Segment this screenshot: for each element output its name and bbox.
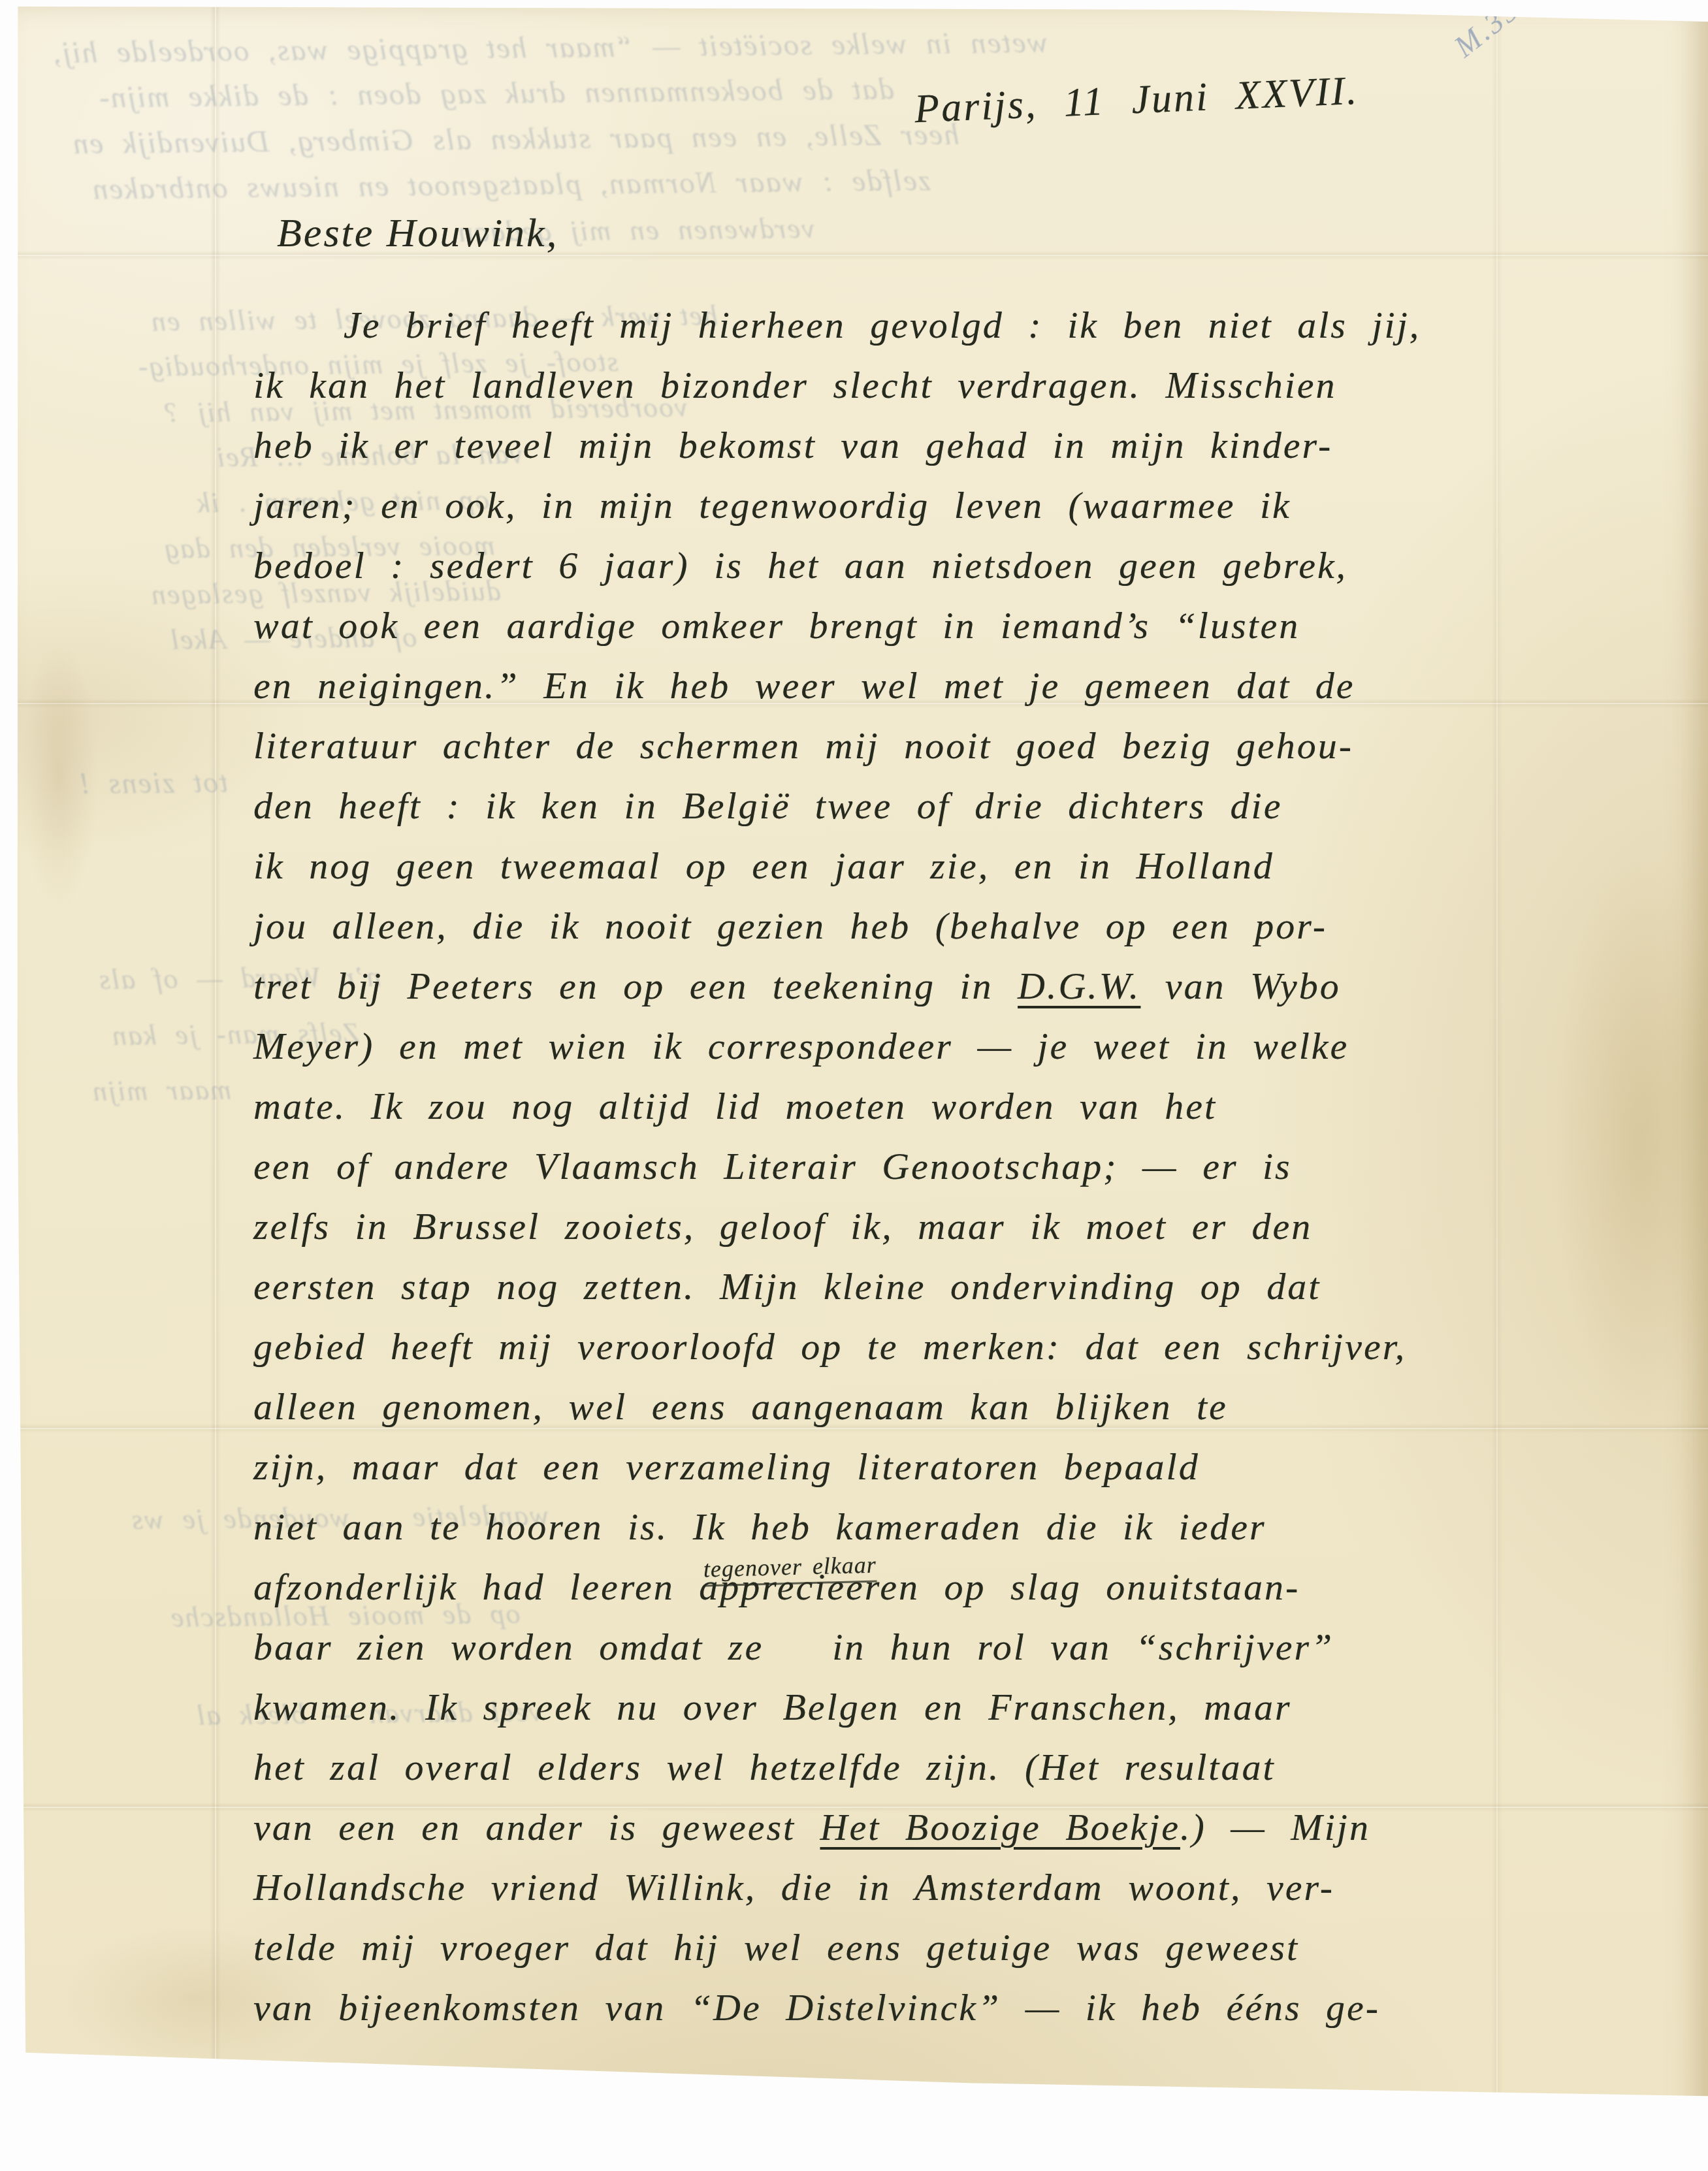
letter-line: jou alleen, die ik nooit gezien heb (beh… bbox=[253, 896, 1612, 956]
letter-line: heb ik er teveel mijn bekomst van gehad … bbox=[253, 415, 1612, 475]
letter-line: ik kan het landleven bizonder slecht ver… bbox=[253, 355, 1612, 415]
salutation: Beste Houwink, bbox=[277, 210, 558, 257]
bleedthrough-text: zelfde : waar Norman, plaatsgenoot en ni… bbox=[91, 163, 931, 206]
bleedthrough-text: dat de boekenmannen druk zag doen : de d… bbox=[98, 72, 895, 116]
letter-line: telde mij vroeger dat hij wel eens getui… bbox=[253, 1918, 1612, 1978]
letter-line: bedoel : sedert 6 jaar) is het aan niets… bbox=[253, 536, 1612, 596]
letter-line: een of andere Vlaamsch Literair Genootsc… bbox=[253, 1136, 1612, 1197]
underlined-phrase: D.G.W. bbox=[1018, 965, 1140, 1007]
letter-line: zijn, maar dat een verzameling literator… bbox=[253, 1437, 1612, 1497]
letter-line: wat ook een aardige omkeer brengt in iem… bbox=[253, 596, 1612, 656]
bleedthrough-text: maar mijn bbox=[91, 1073, 232, 1108]
letter-body: Je brief heeft mij hierheen gevolgd : ik… bbox=[253, 295, 1612, 2038]
letter-line: kwamen. Ik spreek nu over Belgen en Fran… bbox=[253, 1677, 1612, 1737]
letter-line: alleen genomen, wel eens aangenaam kan b… bbox=[253, 1377, 1612, 1437]
underlined-phrase: Het Boozige Boekje bbox=[820, 1806, 1180, 1848]
letter-line: het zal overal elders wel hetzelfde zijn… bbox=[253, 1737, 1612, 1797]
letter-line: Hollandsche vriend Willink, die in Amste… bbox=[253, 1857, 1612, 1918]
letter-line: jaren; en ook, in mijn tegenwoordig leve… bbox=[253, 475, 1612, 536]
scanner-background: weten in welke sociëteit — “maar het gra… bbox=[0, 0, 1708, 2171]
letter-line: den heeft : ik ken in België twee of dri… bbox=[253, 776, 1612, 836]
interlinear-insertion: tegenover elkaar bbox=[788, 1622, 808, 1660]
letter-line: zelfs in Brussel zooiets, geloof ik, maa… bbox=[253, 1197, 1612, 1257]
letter-line: en neigingen.” En ik heb weer wel met je… bbox=[253, 656, 1612, 716]
letter-line: Meyer) en met wien ik correspondeer — je… bbox=[253, 1016, 1612, 1076]
letter-line: ik nog geen tweemaal op een jaar zie, en… bbox=[253, 836, 1612, 896]
letter-line: afzonderlijk had leeren apprecieeren op … bbox=[253, 1557, 1612, 1617]
letter-line: niet aan te hooren is. Ik heb kameraden … bbox=[253, 1497, 1612, 1557]
letter-line: tret bij Peeters en op een teekening in … bbox=[253, 956, 1612, 1016]
letter-line: literatuur achter de schermen mij nooit … bbox=[253, 716, 1612, 776]
letter-paper: weten in welke sociëteit — “maar het gra… bbox=[0, 0, 1708, 2171]
bleedthrough-text: heer Zelle, en een paar stukken als Gimb… bbox=[72, 117, 959, 161]
letter-line: Je brief heeft mij hierheen gevolgd : ik… bbox=[253, 295, 1612, 355]
letter-line: gebied heeft mij veroorloofd op te merke… bbox=[253, 1317, 1612, 1377]
bleedthrough-text: weten in welke sociëteit — “maar het gra… bbox=[52, 25, 1048, 71]
bleedthrough-text: tot ziens ! bbox=[78, 765, 228, 801]
insertion-text: tegenover elkaar bbox=[703, 1552, 877, 1587]
letter-line: van een en ander is geweest Het Boozige … bbox=[253, 1797, 1612, 1857]
letter-line: eersten stap nog zetten. Mijn kleine ond… bbox=[253, 1257, 1612, 1317]
letter-line: van bijeenkomsten van “De Distelvinck” —… bbox=[253, 1978, 1612, 2038]
letter-line: baar zien worden omdat ze tegenover elka… bbox=[253, 1617, 1612, 1677]
letter-line: mate. Ik zou nog altijd lid moeten worde… bbox=[253, 1076, 1612, 1136]
